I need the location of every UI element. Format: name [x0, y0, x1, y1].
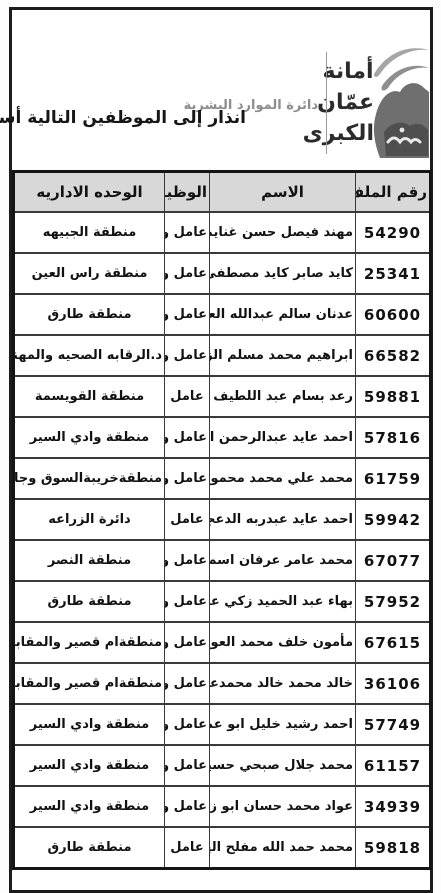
- name-cell: احمد عايد عبدربه الدعجه: [210, 499, 356, 540]
- table-row: 36106 خالد محمد خالد محمدعلي عامل وطن من…: [14, 663, 431, 704]
- admin-unit-cell: منطقةام قصير والمقابلين: [14, 663, 165, 704]
- job-cell: عامل وطن: [165, 212, 210, 253]
- admin-unit-cell: منطقة طارق: [14, 581, 165, 622]
- file-number-cell: 36106: [356, 663, 431, 704]
- admin-unit-cell: د.الرقابه الصحيه والمهنيه: [14, 335, 165, 376]
- org-name-line-2: عمّان: [322, 87, 374, 118]
- file-number-cell: 57816: [356, 417, 431, 458]
- job-cell: عامل وطن: [165, 417, 210, 458]
- name-cell: محمد حمد الله مفلح الهبارنه: [210, 827, 356, 853]
- admin-unit-cell: منطقة طارق: [14, 827, 165, 853]
- admin-unit-cell: منطقةام قصير والمقابلين: [14, 622, 165, 663]
- employees-table-header: رقم الملف الاسم الوظيفه الوحده الاداريه: [14, 172, 431, 213]
- job-cell: عامل وطن: [165, 294, 210, 335]
- admin-unit-cell: منطقة وادي السير: [14, 745, 165, 786]
- file-number-cell: 60600: [356, 294, 431, 335]
- file-number-cell: 61759: [356, 458, 431, 499]
- table-row: 67077 محمد عامر عرفان اسماعيل عامل وطن م…: [14, 540, 431, 581]
- job-cell: عامل: [165, 376, 210, 417]
- job-cell: عامل وطن: [165, 622, 210, 663]
- name-cell: عواد محمد حسان ابو زيتون: [210, 786, 356, 827]
- table-row: 34939 عواد محمد حسان ابو زيتون عامل وطن …: [14, 786, 431, 827]
- file-number-cell: 54290: [356, 212, 431, 253]
- org-name-line-1: أمانة: [322, 56, 374, 87]
- job-cell: عامل وطن: [165, 458, 210, 499]
- job-cell: عامل وطن: [165, 253, 210, 294]
- table-row: 67615 مأمون خلف محمد العوايشة عامل وطن م…: [14, 622, 431, 663]
- employees-table-body: 54290 مهند فيصل حسن غنايم عامل وطن منطقة…: [14, 212, 431, 853]
- table-row: 57749 احمد رشيد خليل ابو عمرو عامل وطن م…: [14, 704, 431, 745]
- document-header: أمانة عمّان الكبرى دائرة الموارد البشرية…: [12, 10, 430, 170]
- job-cell: عامل وطن: [165, 786, 210, 827]
- amman-calligraphy-logo-icon: [372, 44, 430, 158]
- name-cell: بهاء عبد الحميد زكي عبدالقادر: [210, 581, 356, 622]
- header-divider: [326, 52, 327, 154]
- admin-unit-cell: منطقة القويسمة: [14, 376, 165, 417]
- name-cell: مهند فيصل حسن غنايم: [210, 212, 356, 253]
- name-cell: مأمون خلف محمد العوايشة: [210, 622, 356, 663]
- name-cell: احمد عايد عبدالرحمن السليحات: [210, 417, 356, 458]
- table-row: 59942 احمد عايد عبدربه الدعجه عامل دائرة…: [14, 499, 431, 540]
- job-cell: عامل: [165, 499, 210, 540]
- table-row: 54290 مهند فيصل حسن غنايم عامل وطن منطقة…: [14, 212, 431, 253]
- column-header-admin-unit: الوحده الاداريه: [14, 172, 165, 213]
- file-number-cell: 59942: [356, 499, 431, 540]
- name-cell: كايد صابر كايد مصطفى: [210, 253, 356, 294]
- name-cell: محمد عامر عرفان اسماعيل: [210, 540, 356, 581]
- file-number-cell: 67615: [356, 622, 431, 663]
- table-row: 57952 بهاء عبد الحميد زكي عبدالقادر عامل…: [14, 581, 431, 622]
- file-number-cell: 34939: [356, 786, 431, 827]
- table-row: 61759 محمد علي محمد محمود عمار عامل وطن …: [14, 458, 431, 499]
- admin-unit-cell: منطقة الجبيهه: [14, 212, 165, 253]
- name-cell: عدنان سالم عبدالله العموش: [210, 294, 356, 335]
- table-row: 25341 كايد صابر كايد مصطفى عامل وطن منطق…: [14, 253, 431, 294]
- name-cell: محمد جلال صبحي حسين: [210, 745, 356, 786]
- name-cell: رعد بسام عبد اللطيف الحديد: [210, 376, 356, 417]
- file-number-cell: 25341: [356, 253, 431, 294]
- admin-unit-cell: دائرة الزراعه: [14, 499, 165, 540]
- admin-unit-cell: منطقة وادي السير: [14, 786, 165, 827]
- file-number-cell: 67077: [356, 540, 431, 581]
- file-number-cell: 59818: [356, 827, 431, 853]
- job-cell: عامل وطن: [165, 663, 210, 704]
- employees-table: رقم الملف الاسم الوظيفه الوحده الاداريه …: [12, 170, 432, 853]
- column-header-job: الوظيفه: [165, 172, 210, 213]
- admin-unit-cell: منطقة النصر: [14, 540, 165, 581]
- table-row: 59881 رعد بسام عبد اللطيف الحديد عامل من…: [14, 376, 431, 417]
- job-cell: عامل وطن: [165, 540, 210, 581]
- table-row: 59818 محمد حمد الله مفلح الهبارنه عامل م…: [14, 827, 431, 853]
- notice-title: انذار إلى الموظفين التالية أسماؤهم :: [18, 108, 246, 128]
- table-row: 60600 عدنان سالم عبدالله العموش عامل وطن…: [14, 294, 431, 335]
- column-header-name: الاسم: [210, 172, 356, 213]
- table-row: 61157 محمد جلال صبحي حسين عامل وطن منطقة…: [14, 745, 431, 786]
- table-header-row: رقم الملف الاسم الوظيفه الوحده الاداريه: [14, 172, 431, 213]
- job-cell: عامل: [165, 827, 210, 853]
- name-cell: ابراهيم محمد مسلم الزوري: [210, 335, 356, 376]
- job-cell: عامل وطن: [165, 745, 210, 786]
- admin-unit-cell: منطقة وادي السير: [14, 704, 165, 745]
- job-cell: عامل وطن: [165, 335, 210, 376]
- org-name: أمانة عمّان الكبرى: [322, 56, 374, 149]
- file-number-cell: 61157: [356, 745, 431, 786]
- job-cell: عامل وطن: [165, 704, 210, 745]
- file-number-cell: 59881: [356, 376, 431, 417]
- document-page: أمانة عمّان الكبرى دائرة الموارد البشرية…: [9, 7, 433, 853]
- name-cell: احمد رشيد خليل ابو عمرو: [210, 704, 356, 745]
- table-row: 66582 ابراهيم محمد مسلم الزوري عامل وطن …: [14, 335, 431, 376]
- org-name-line-3: الكبرى: [322, 118, 374, 149]
- file-number-cell: 66582: [356, 335, 431, 376]
- table-row: 57816 احمد عايد عبدالرحمن السليحات عامل …: [14, 417, 431, 458]
- name-cell: خالد محمد خالد محمدعلي: [210, 663, 356, 704]
- job-cell: عامل وطن: [165, 581, 210, 622]
- file-number-cell: 57952: [356, 581, 431, 622]
- column-header-file-number: رقم الملف: [356, 172, 431, 213]
- admin-unit-cell: منطقةخريبةالسوق وجاوة: [14, 458, 165, 499]
- file-number-cell: 57749: [356, 704, 431, 745]
- admin-unit-cell: منطقة وادي السير: [14, 417, 165, 458]
- admin-unit-cell: منطقة طارق: [14, 294, 165, 335]
- name-cell: محمد علي محمد محمود عمار: [210, 458, 356, 499]
- admin-unit-cell: منطقة راس العين: [14, 253, 165, 294]
